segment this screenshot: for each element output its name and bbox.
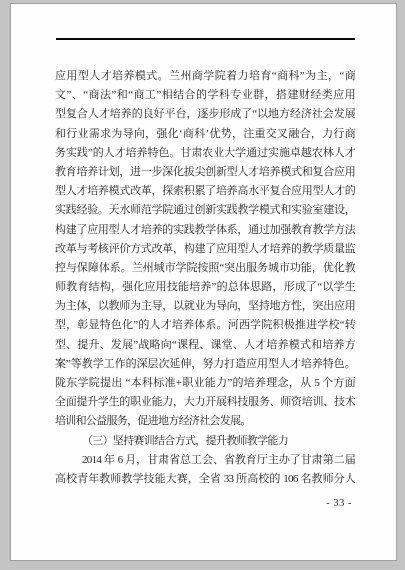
text-line: 型，彰显特色化”的人才培养体系。河西学院积极推进学校“转 xyxy=(55,316,355,335)
text-line: （三）坚持赛训结合方式，提升教师教学能力 xyxy=(55,432,355,451)
text-line: 实践经验。天水师范学院通过创新实践教学模式和实验室建设， xyxy=(55,201,355,220)
text-line: 改革与考核评价方式改革，构建了应用型人才培养的教学质量监 xyxy=(55,240,355,259)
text-line: 师教育结构，强化应用技能培养”的总体思路，形成了“以学生 xyxy=(55,278,355,297)
text-line: 高校青年教师教学技能大赛，全省 33 所高校的 106 名教师分人 xyxy=(55,470,355,489)
body-text: 应用型人才培养模式。兰州商学院着力培育“商科”为主，“商文”、“商法”和“商工”… xyxy=(55,67,355,489)
text-line: 为主体，以教师为主导，以就业为导向，坚持地方性，突出应用 xyxy=(55,297,355,316)
text-line: 文”、“商法”和“商工”相结合的学科专业群，搭建财经类应用 xyxy=(55,86,355,105)
page-number: - 33 - xyxy=(55,498,352,509)
text-line: 务实践”的人才培养特色。甘肃农业大学通过实施卓越农林人才 xyxy=(55,144,355,163)
text-line: 培训和公益服务，促进地方经济社会发展。 xyxy=(55,412,355,431)
text-line: 控与保障体系。兰州城市学院按照“突出服务城市功能，优化教 xyxy=(55,259,355,278)
text-line: 型复合人才培养的良好平台，逐步形成了“以地方经济社会发展 xyxy=(55,105,355,124)
text-line: 全面提升学生的职业能力，大力开展科技服务、师资培训、技术 xyxy=(55,393,355,412)
text-line: 型人才培养模式改革，探索积累了培养高水平复合应用型人才的 xyxy=(55,182,355,201)
header-rule xyxy=(56,38,355,40)
text-line: 教育培养计划，进一步深化拔尖创新型人才培养模式和复合应用 xyxy=(55,163,355,182)
text-line: 和行业需求为导向，强化‘商科’优势，注重交叉融合，力行商 xyxy=(55,125,355,144)
document-page: 应用型人才培养模式。兰州商学院着力培育“商科”为主，“商文”、“商法”和“商工”… xyxy=(10,3,397,561)
text-line: 应用型人才培养模式。兰州商学院着力培育“商科”为主，“商 xyxy=(55,67,355,86)
text-line: 陇东学院提出 “本科标准+职业能力”的培养理念，从 5 个方面 xyxy=(55,374,355,393)
text-line: 案”等教学工作的深层次延伸，努力打造应用型人才培养特色。 xyxy=(55,355,355,374)
text-line: 构建了应用型人才培养的实践教学体系，通过加强教育教学方法 xyxy=(55,221,355,240)
text-line: 型、提升、发展”战略向“课程、课堂、人才培养模式和培养方 xyxy=(55,336,355,355)
text-line: 2014 年 6 月，甘肃省总工会、省教育厅主办了甘肃第二届 xyxy=(55,451,355,470)
